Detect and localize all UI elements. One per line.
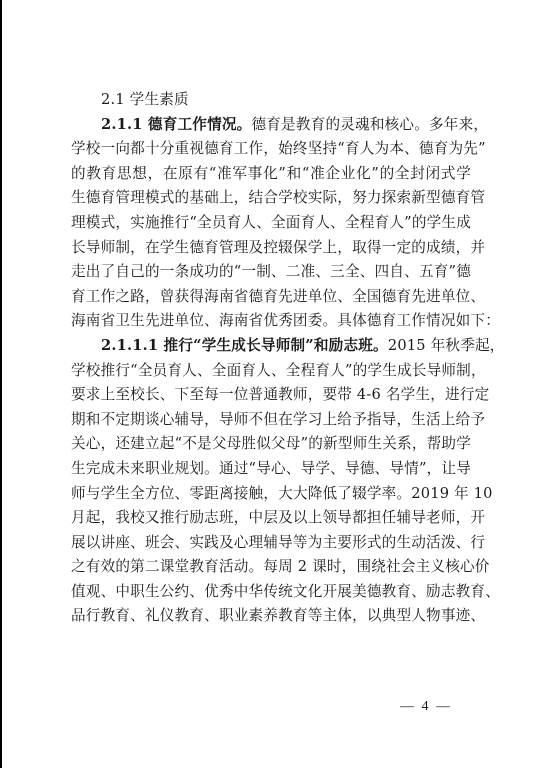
section-heading: 2.1 学生素质 [71,88,471,113]
document-page: 2.1 学生素质 2.1.1 德育工作情况。德育是教育的灵魂和核心。多年来， 学… [71,88,471,629]
paragraph-line: 育工作之路，曾获得海南省德育先进单位、全国德育先进单位、 [71,285,471,310]
subsection-heading: 2.1.1 德育工作情况。 [101,116,251,133]
paragraph-line: 生完成未来职业规划。通过“导心、导学、导德、导情”，让导 [71,457,471,482]
paragraph-line: 走出了自己的一条成功的“一制、二准、三全、四自、五育”德 [71,260,471,285]
paragraph-line: 要求上至校长、下至每一位普通教师，要带 4-6 名学生，进行定 [71,383,471,408]
section-heading-text: 2.1 学生素质 [101,91,189,108]
paragraph-line: 学校一向都十分重视德育工作，始终坚持“育人为本、德育为先” [71,137,471,162]
paragraph-1-line-1: 2.1.1 德育工作情况。德育是教育的灵魂和核心。多年来， [71,113,471,138]
subsubsection-heading: 2.1.1.1 推行“学生成长导师制”和励志班。 [101,337,388,354]
paragraph-line: 生德育管理模式的基础上，结合学校实际，努力探索新型德育管 [71,186,471,211]
paragraph-2-line-1: 2.1.1.1 推行“学生成长导师制”和励志班。2015 年秋季起， [71,334,471,359]
paragraph-line: 的教育思想，在原有“准军事化”和“准企业化”的全封闭式学 [71,162,471,187]
page-number: — 4 — [400,699,452,715]
paragraph-line: 理模式，实施推行“全员育人、全面育人、全程育人”的学生成 [71,211,471,236]
paragraph-line: 海南省卫生先进单位、海南省优秀团委。具体德育工作情况如下： [71,309,471,334]
paragraph-line: 关心，还建立起“不是父母胜似父母”的新型师生关系，帮助学 [71,432,471,457]
paragraph-line: 值观、中职生公约、优秀中华传统文化开展美德教育、励志教育、 [71,580,471,605]
paragraph-line: 品行教育、礼仪教育、职业素养教育等主体，以典型人物事迹、 [71,604,471,629]
paragraph-line: 之有效的第二课堂教育活动。每周 2 课时，围绕社会主义核心价 [71,555,471,580]
paragraph-line: 学校推行“全员育人、全面育人、全程育人”的学生成长导师制， [71,359,471,384]
paragraph-line: 师与学生全方位、零距离接触，大大降低了辍学率。2019 年 10 [71,482,471,507]
paragraph-text: 德育是教育的灵魂和核心。多年来， [251,116,488,133]
paragraph-line: 月起，我校又推行励志班，中层及以上领导都担任辅导老师，开 [71,506,471,531]
paragraph-line: 长导师制，在学生德育管理及控辍保学上，取得一定的成绩，并 [71,236,471,261]
paragraph-line: 期和不定期谈心辅导，导师不但在学习上给予指导，生活上给予 [71,408,471,433]
paragraph-line: 展以讲座、班会、实践及心理辅导等为主要形式的生动活泼、行 [71,531,471,556]
paragraph-text: 2015 年秋季起， [388,337,505,354]
page-left-border [0,0,2,768]
